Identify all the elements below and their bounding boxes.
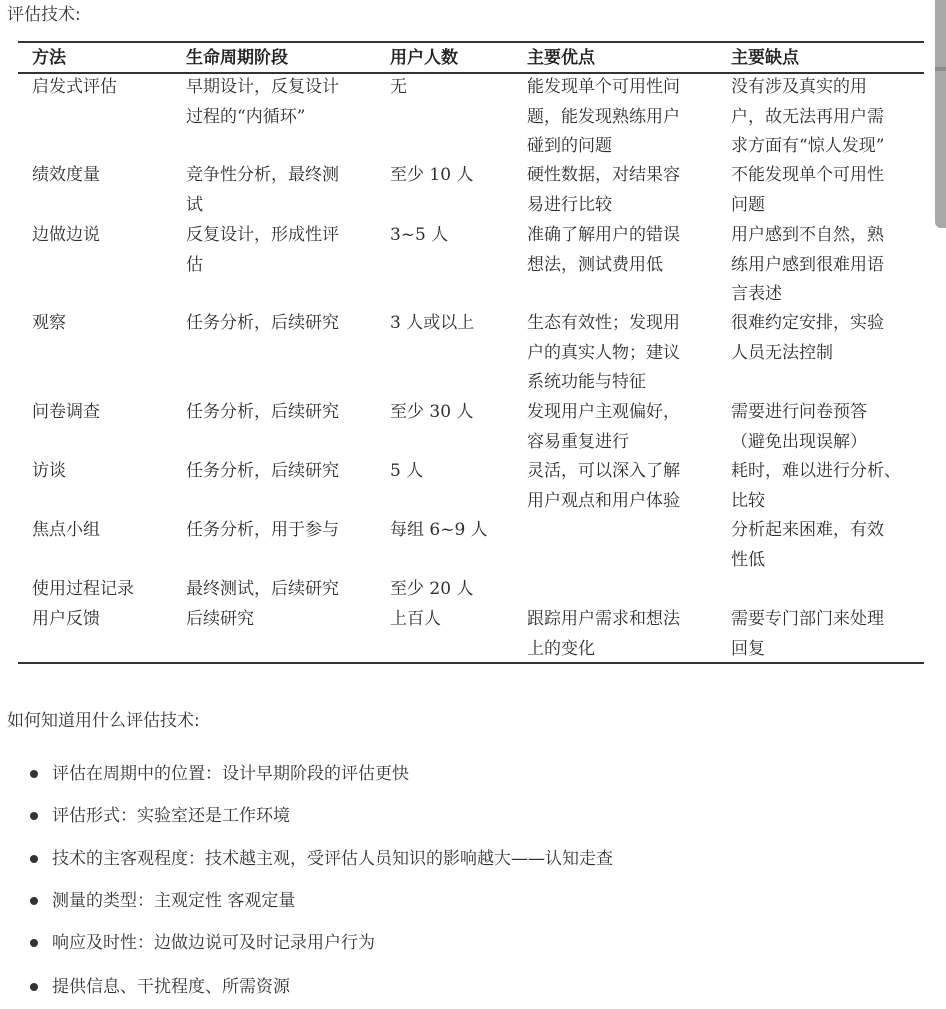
header-disadvantages: 主要缺点 (731, 47, 799, 69)
cell-lifecycle: 反复设计，形成性评 估 (186, 221, 386, 280)
header-lifecycle: 生命周期阶段 (186, 47, 288, 69)
table-bottom-rule (18, 662, 924, 664)
cell-users: 3~5 人 (390, 221, 525, 251)
cell-lifecycle: 任务分析，后续研究 (186, 309, 386, 339)
bullet-icon (30, 855, 38, 863)
cell-disadvantages: 需要专门部门来处理 回复 (731, 605, 924, 664)
header-method: 方法 (32, 47, 66, 69)
cell-lifecycle: 任务分析，用于参与 (186, 516, 386, 546)
cell-users: 无 (390, 73, 525, 103)
cell-disadvantages: 很难约定安排，实验 人员无法控制 (731, 309, 924, 368)
cell-lifecycle: 早期设计，反复设计 过程的“内循环” (186, 73, 386, 132)
cell-lifecycle: 竞争性分析，最终测 试 (186, 161, 386, 220)
header-advantages: 主要优点 (527, 47, 595, 69)
evaluation-techniques-table: 方法 生命周期阶段 用户人数 主要优点 主要缺点 启发式评估 早期设计，反复设计… (18, 41, 924, 665)
cell-method: 绩效度量 (32, 161, 182, 191)
cell-users: 每组 6~9 人 (390, 516, 525, 546)
cell-lifecycle: 任务分析，后续研究 (186, 398, 386, 428)
cell-disadvantages: 没有涉及真实的用 户，故无法再用户需 求方面有“惊人发现” (731, 73, 924, 162)
cell-method: 启发式评估 (32, 73, 182, 103)
cell-users: 5 人 (390, 457, 525, 487)
cell-advantages: 灵活，可以深入了解 用户观点和用户体验 (527, 457, 727, 516)
cell-disadvantages: 耗时，难以进行分析、 比较 (731, 457, 924, 516)
bullet-icon (30, 897, 38, 905)
cell-disadvantages: 用户感到不自然，熟 练用户感到很难用语 言表述 (731, 221, 924, 310)
cell-users: 至少 30 人 (390, 398, 525, 428)
cell-advantages: 硬性数据，对结果容 易进行比较 (527, 161, 727, 220)
cell-disadvantages: 不能发现单个可用性 问题 (731, 161, 924, 220)
cell-disadvantages: 需要进行问卷预答 （避免出现误解） (731, 398, 924, 457)
section-title-how-to-choose: 如何知道用什么评估技术: (7, 710, 200, 732)
cell-lifecycle: 任务分析，后续研究 (186, 457, 386, 487)
bullet-icon (30, 983, 38, 991)
table-header-row: 方法 生命周期阶段 用户人数 主要优点 主要缺点 (18, 43, 924, 72)
cell-advantages: 准确了解用户的错误 想法，测试费用低 (527, 221, 727, 280)
cell-advantages: 发现用户主观偏好， 容易重复进行 (527, 398, 727, 457)
cell-advantages: 能发现单个可用性问 题，能发现熟练用户 碰到的问题 (527, 73, 727, 162)
cell-users: 3 人或以上 (390, 309, 525, 339)
cell-advantages: 生态有效性；发现用 户的真实人物；建议 系统功能与特征 (527, 309, 727, 398)
bullet-icon (30, 770, 38, 778)
cell-advantages: 跟踪用户需求和想法 上的变化 (527, 605, 727, 664)
bullet-icon (30, 812, 38, 820)
cell-method: 边做边说 (32, 221, 182, 251)
cell-method: 用户反馈 (32, 605, 182, 635)
cell-users: 至少 20 人 (390, 575, 525, 605)
cell-method: 焦点小组 (32, 516, 182, 546)
cell-method: 使用过程记录 (32, 575, 182, 605)
cell-method: 问卷调查 (32, 398, 182, 428)
cell-users: 至少 10 人 (390, 161, 525, 191)
cell-lifecycle: 最终测试，后续研究 (186, 575, 386, 605)
cell-method: 观察 (32, 309, 182, 339)
bullet-icon (30, 939, 38, 947)
vertical-scrollbar-thumb[interactable] (935, 0, 946, 228)
header-users: 用户人数 (390, 47, 458, 69)
cell-users: 上百人 (390, 605, 525, 635)
cell-disadvantages: 分析起来困难，有效 性低 (731, 516, 924, 575)
section-title-evaluation-techniques: 评估技术: (7, 4, 81, 26)
cell-method: 访谈 (32, 457, 182, 487)
cell-lifecycle: 后续研究 (186, 605, 386, 635)
scrollbar-grip (935, 67, 946, 71)
